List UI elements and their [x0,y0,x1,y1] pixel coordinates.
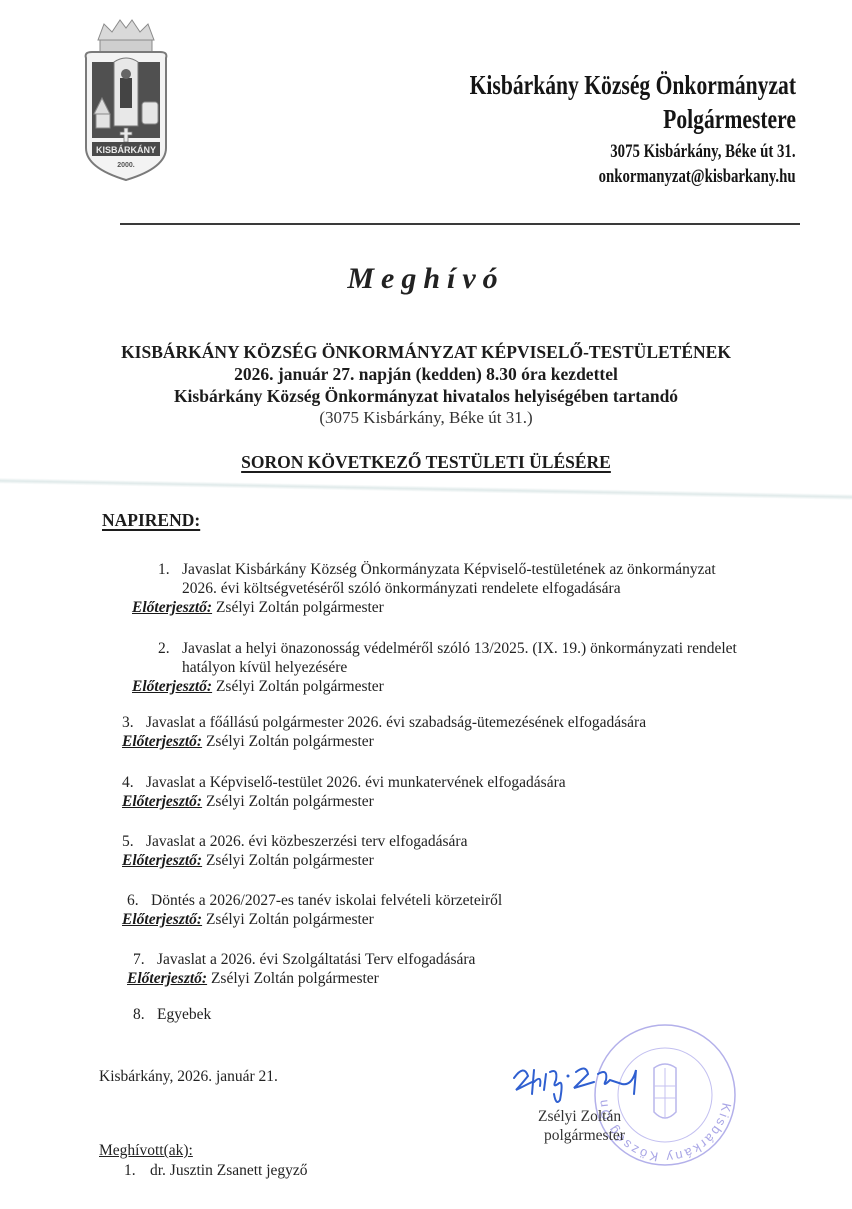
agenda-item: 4.Javaslat a Képviselő-testület 2026. év… [122,773,566,811]
signatory-title: polgármester [544,1127,625,1145]
presenter-name: Zsélyi Zoltán polgármester [206,733,374,750]
presenter-name: Zsélyi Zoltán polgármester [211,970,379,987]
agenda-item-number: 1. [158,560,182,579]
agenda-item: 8.Egyebek [133,1005,211,1024]
agenda-item: 1.Javaslat Kisbárkány Község Önkormányza… [158,560,716,617]
agenda-item-text: Javaslat a főállású polgármester 2026. é… [146,714,646,731]
municipality-name: Kisbárkány Község Önkormányzat [470,70,796,101]
agenda-item: 2.Javaslat a helyi önazonosság védelmérő… [158,639,737,696]
presenter-label: Előterjesztő: [122,911,202,928]
presenter-label: Előterjesztő: [132,678,212,695]
agenda-item-number: 3. [122,713,146,732]
agenda-presenter: Előterjesztő: Zsélyi Zoltán polgármester [127,969,475,988]
presenter-name: Zsélyi Zoltán polgármester [206,911,374,928]
session-type-text: SORON KÖVETKEZŐ TESTÜLETI ÜLÉSÉRE [241,452,611,472]
office-email[interactable]: onkormanyzat@kisbarkany.hu [599,166,796,188]
office-address: 3075 Kisbárkány, Béke út 31. [611,141,796,163]
agenda-item: 7.Javaslat a 2026. évi Szolgáltatási Ter… [133,950,475,988]
agenda-item: 5.Javaslat a 2026. évi közbeszerzési ter… [122,832,467,870]
invited-number: 1. [124,1162,150,1180]
presenter-label: Előterjesztő: [132,599,212,616]
session-type: SORON KÖVETKEZŐ TESTÜLETI ÜLÉSÉRE [0,452,852,473]
heading-venue: Kisbárkány Község Önkormányzat hivatalos… [0,386,852,407]
presenter-label: Előterjesztő: [122,733,202,750]
presenter-name: Zsélyi Zoltán polgármester [206,852,374,869]
agenda-heading: NAPIREND: [102,510,200,531]
presenter-name: Zsélyi Zoltán polgármester [206,793,374,810]
agenda-item-number: 5. [122,832,146,851]
agenda-presenter: Előterjesztő: Zsélyi Zoltán polgármester [122,851,467,870]
agenda-presenter: Előterjesztő: Zsélyi Zoltán polgármester [122,910,502,929]
agenda-item-text: hatályon kívül helyezésére [158,658,737,677]
agenda-item-text: Javaslat a 2026. évi Szolgáltatási Terv … [157,951,475,968]
agenda-item-text: Javaslat a Képviselő-testület 2026. évi … [146,774,566,791]
agenda-presenter: Előterjesztő: Zsélyi Zoltán polgármester [122,792,566,811]
place-and-date: Kisbárkány, 2026. január 21. [99,1068,278,1086]
agenda-item-text: Javaslat a 2026. évi közbeszerzési terv … [146,833,467,850]
signature-icon [510,1060,670,1106]
agenda-item: 6.Döntés a 2026/2027-es tanév iskolai fe… [127,891,502,929]
heading-body: KISBÁRKÁNY KÖZSÉG ÖNKORMÁNYZAT KÉPVISELŐ… [0,342,852,363]
agenda-presenter: Előterjesztő: Zsélyi Zoltán polgármester [132,677,737,696]
header-divider [120,223,800,225]
agenda-item-text: Döntés a 2026/2027-es tanév iskolai felv… [151,892,502,909]
heading-address: (3075 Kisbárkány, Béke út 31.) [0,408,852,428]
agenda-item: 3.Javaslat a főállású polgármester 2026.… [122,713,646,751]
agenda-item-text: Javaslat a helyi önazonosság védelméről … [182,640,737,657]
agenda-presenter: Előterjesztő: Zsélyi Zoltán polgármester [132,598,716,617]
agenda-item-number: 7. [133,950,157,969]
svg-text:KISBÁRKÁNY: KISBÁRKÁNY [96,145,156,155]
invited-name: dr. Jusztin Zsanett jegyző [150,1162,308,1179]
presenter-label: Előterjesztő: [127,970,207,987]
agenda-item-number: 8. [133,1005,157,1024]
agenda-item-number: 4. [122,773,146,792]
agenda-presenter: Előterjesztő: Zsélyi Zoltán polgármester [122,732,646,751]
svg-text:2000.: 2000. [117,162,135,169]
scan-crease [0,477,852,500]
presenter-name: Zsélyi Zoltán polgármester [216,678,384,695]
office-title: Polgármestere [663,104,796,135]
presenter-name: Zsélyi Zoltán polgármester [216,599,384,616]
heading-datetime: 2026. január 27. napján (kedden) 8.30 ór… [0,364,852,385]
presenter-label: Előterjesztő: [122,793,202,810]
invited-heading: Meghívott(ak): [99,1142,193,1160]
agenda-item-number: 6. [127,891,151,910]
signatory-name: Zsélyi Zoltán [538,1108,621,1126]
presenter-label: Előterjesztő: [122,852,202,869]
agenda-item-text: Egyebek [157,1006,211,1023]
document-title: Meghívó [0,262,852,296]
agenda-item-text: 2026. évi költségvetéséről szóló önkormá… [158,579,716,598]
invited-person: 1.dr. Jusztin Zsanett jegyző [124,1162,308,1180]
coat-of-arms-icon: KISBÁRKÁNY 2000. [80,18,172,190]
agenda-item-text: Javaslat Kisbárkány Község Önkormányzata… [182,561,716,578]
agenda-item-number: 2. [158,639,182,658]
